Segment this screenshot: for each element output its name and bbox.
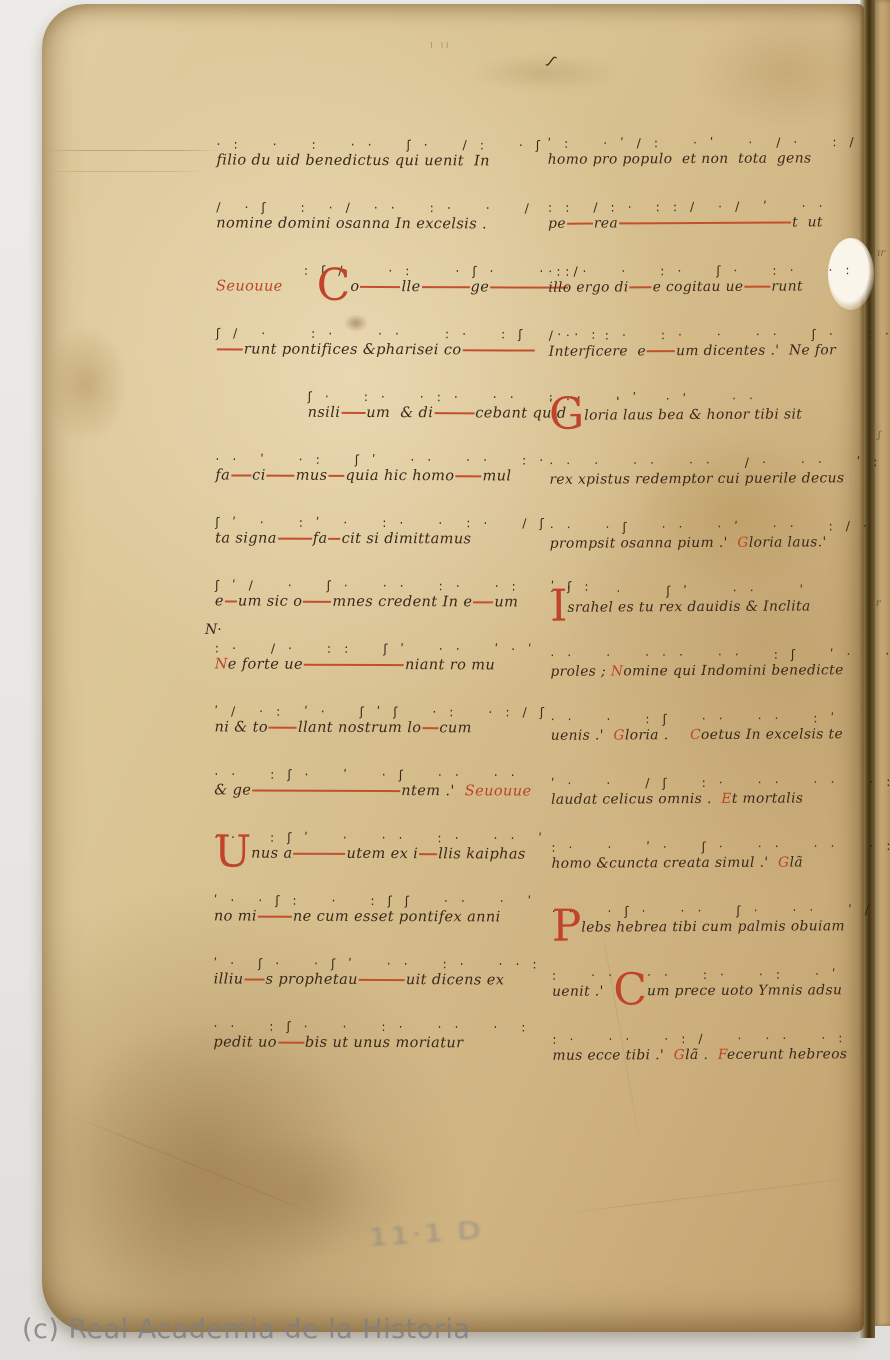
chant-text: & gentem .' Seuouue xyxy=(214,782,546,805)
chant-word: ci xyxy=(252,468,266,484)
chant-word: uenit .' xyxy=(552,983,613,999)
chant-word: loria laus.' xyxy=(749,534,827,550)
chant-line: ʃ ʹ / · ʃ · · · : · · : ʹ ʃ :eum sic omn… xyxy=(215,552,547,616)
chant-word: E xyxy=(721,791,732,807)
chant-word: um sic o xyxy=(238,594,302,610)
neume-row: · · · ʃ · · · ʃ · · · ʹ / xyxy=(552,877,852,920)
chant-word: Interficere e xyxy=(549,343,646,360)
chant-text: rex xpistus redemptor cui puerile decus xyxy=(549,470,849,494)
chant-text: illo ergo die cogitau uerunt xyxy=(548,278,848,302)
chant-word: omine qui Indomini benedicte xyxy=(623,662,843,679)
neume-row: · · : ʃ · · : · · · · : xyxy=(213,993,545,1035)
chant-line: : ʃ / · : · ʃ · · : /SeuouueCollege xyxy=(216,237,548,301)
chant-text: Ne forte ueniant ro mu xyxy=(215,656,547,679)
chant-word: cum xyxy=(439,720,471,736)
chant-text: eum sic omnes credent In eum xyxy=(215,593,547,616)
chant-text: illius prophetauuit dicens ex xyxy=(214,971,546,994)
chant-word: e cogitau ue xyxy=(653,279,744,295)
chant-text: nomine domini osanna In excelsis . xyxy=(216,215,548,238)
melisma-rule xyxy=(278,1041,304,1044)
chant-line: ʹ · · / ʃ : · · · · · · : /laudat celicu… xyxy=(551,749,851,815)
chant-text: ni & tollant nostrum locum xyxy=(214,719,546,742)
neume-row: ʹ · · ʃ : · : ʃ ʃ · · · ʹ xyxy=(214,867,546,909)
chant-line: · · : ʃ ʹ · · · : · · · ʹUnus autem ex i… xyxy=(214,804,546,868)
melisma-rule xyxy=(422,286,470,289)
chant-text: Plebs hebrea tibi cum palmis obuiam xyxy=(552,918,852,942)
chant-word: o xyxy=(350,279,359,295)
book-gutter xyxy=(860,0,875,1338)
chant-text: ta signafacit si dimittamus xyxy=(215,530,547,553)
next-folio-edge xyxy=(875,0,890,1326)
chant-word: mnes credent In e xyxy=(332,594,472,610)
chant-word: lã . xyxy=(685,1047,718,1063)
neume-row: ʹ · · / ʃ : · · · · · · : / xyxy=(551,749,851,792)
chant-word: ecerunt hebreos xyxy=(727,1046,847,1063)
folio-edge-mark: ʃ xyxy=(878,430,881,441)
chant-word: oetus In excelsis te xyxy=(701,726,843,743)
chant-word: um xyxy=(494,594,518,610)
chant-word: ntem .' xyxy=(401,783,465,799)
neume-row: · · : ʃ · ʹ · ʃ · · · · xyxy=(214,741,546,783)
chant-line: · · · · · · · · : ʃ ʹ · · ʹproles ; Nomi… xyxy=(550,621,850,687)
chant-word: pe xyxy=(548,216,566,232)
neume-row: · · ʹ · : ʃ ʹ · · · · : · xyxy=(215,426,547,468)
chant-line: : · · · · : / · · · · :mus ecce tibi .' … xyxy=(552,1005,852,1071)
neume-row: : · / · : : ʃ ʹ · · ʹ · ʹ xyxy=(215,615,547,657)
chant-line: ʹ / · : ʹ · ʃ ʹ ʃ · : · : / ʃni & tollan… xyxy=(214,678,546,742)
chant-line: · ʹ · ʃ ʹ · · ʹIsrahel es tu rex dauidis… xyxy=(550,557,850,623)
chant-word: um prece uoto Ymnis adsu xyxy=(647,982,842,999)
chant-text: filio du uid benedictus qui uenit In xyxy=(216,152,548,175)
chant-text: uenit .' Cum prece uoto Ymnis adsu xyxy=(552,982,852,1006)
melisma-rule xyxy=(455,475,481,478)
chant-word: um dicentes .' Ne for xyxy=(676,342,836,359)
chant-line: : · · · · : · · : · ʹuenit .' Cum prece … xyxy=(552,941,852,1007)
neume-row: · : · : · · ʃ · / : · ʃ xyxy=(217,111,549,153)
chant-word: homo &cuncta creata simul .' xyxy=(551,855,778,872)
chant-text: prompsit osanna pium .' Gloria laus.' xyxy=(550,534,850,558)
chant-word: ne cum esset pontifex anni xyxy=(293,909,501,926)
chant-word: G xyxy=(737,535,749,551)
manuscript-scan: { "page": { "watermark": "(c) Real Acade… xyxy=(0,0,890,1360)
chant-word: um & di xyxy=(366,405,433,421)
neume-row: · · · · · · · · : ʃ ʹ · · ʹ xyxy=(550,621,850,664)
melisma-rule xyxy=(278,537,312,540)
chant-word: nsili xyxy=(308,405,341,421)
chant-word: e forte ue xyxy=(228,656,303,672)
melisma-rule xyxy=(294,852,346,855)
marginal-letter: N· xyxy=(205,622,222,638)
chant-word: mus ecce tibi .' xyxy=(552,1047,673,1064)
chant-line: · · ʹ · : ʃ ʹ · · · · : ·facimusquia hic… xyxy=(215,426,547,490)
chant-word: runt pontifices &pharisei co xyxy=(244,342,462,359)
chant-line: · : · · : · ʃ · : · · :illo ergo die cog… xyxy=(548,237,848,303)
chant-word: ni & to xyxy=(214,719,268,735)
chant-text: no mine cum esset pontifex anni xyxy=(214,908,546,931)
chant-word: F xyxy=(718,1047,727,1063)
neume-row: · · · · ʹ · · xyxy=(549,365,849,408)
melisma-rule xyxy=(225,600,237,603)
chant-word: G xyxy=(613,727,625,743)
chant-line: / · ʃ : · / · · : · · /nomine domini osa… xyxy=(216,174,548,238)
chant-line: · · : ʃ · · : · · · · :pedit uobis ut un… xyxy=(213,993,545,1057)
chant-text: pereat ut xyxy=(548,214,848,238)
chant-line: · · · : ʃ · · · · : ʹuenis .' Gloria . C… xyxy=(551,685,851,751)
chant-word: e xyxy=(215,593,224,609)
chant-word: & ge xyxy=(214,782,251,798)
chant-word: C xyxy=(690,727,701,743)
chant-line: / · : · : · · · · ʃ · : ·Interficere eum… xyxy=(548,301,848,367)
chant-line: : : / : · : : / · / ʹ · ·pereat ut xyxy=(548,173,848,239)
neume-row: ʃ ʹ / · ʃ · · · : · · : ʹ ʃ : xyxy=(215,552,547,594)
chant-word: N xyxy=(215,656,228,672)
melisma-rule xyxy=(245,978,265,981)
chant-text: homo pro populo et non tota gens xyxy=(548,150,848,174)
neume-row: : ʃ / · : · ʃ · · : / xyxy=(216,237,548,279)
chant-word: ta signa xyxy=(215,530,277,546)
chant-word: nomine domini osanna In excelsis . xyxy=(216,215,487,232)
chant-line: · · · · ʹ · ·Gloria laus bea & honor tib… xyxy=(549,365,849,431)
chant-text: Israhel es tu rex dauidis & Inclita xyxy=(550,598,850,622)
chant-text: proles ; Nomine qui Indomini benedicte xyxy=(550,662,850,686)
chant-word: no mi xyxy=(214,908,257,924)
chant-word: uit dicens ex xyxy=(406,972,504,988)
melisma-rule xyxy=(619,221,791,224)
chant-word: G xyxy=(674,1047,686,1063)
melisma-rule xyxy=(647,350,675,353)
melisma-rule xyxy=(329,537,341,540)
melisma-rule xyxy=(304,663,404,666)
neume-row: · · · · · · · / · · · ʹ : xyxy=(549,429,849,472)
melisma-rule xyxy=(744,285,770,288)
chant-text: laudat celicus omnis . Et mortalis xyxy=(551,790,851,814)
chant-word: uenis .' xyxy=(551,727,614,743)
chant-word: rea xyxy=(594,215,618,231)
chant-word: Seuouue xyxy=(216,278,283,294)
neume-row: ʹ · ʃ · · ʃ ʹ · · : · · · : xyxy=(214,930,546,972)
neume-row: / · ʃ : · / · · : · · / xyxy=(216,174,548,216)
chant-text: mus ecce tibi .' Glã . Fecerunt hebreos xyxy=(552,1046,852,1070)
chant-word: rex xpistus redemptor cui puerile decus xyxy=(549,470,844,488)
chant-word: runt xyxy=(771,278,803,294)
melisma-rule xyxy=(359,978,405,981)
melisma-rule xyxy=(303,600,331,603)
melisma-rule xyxy=(473,601,493,604)
melisma-rule xyxy=(567,222,593,225)
chant-word: t ut xyxy=(792,214,823,230)
melisma-rule xyxy=(252,789,400,792)
neume-row: ʃ · : · · : · · · : · · ʹ xyxy=(216,363,548,405)
chant-line: ʹ · ʃ · · ʃ ʹ · · : · · · :illius prophe… xyxy=(214,930,546,994)
melisma-rule xyxy=(258,915,292,918)
chant-column-right: ʹ : · ʹ / : · ʹ · / · : /homo pro populo… xyxy=(547,109,852,1071)
chant-word: fa xyxy=(215,467,230,483)
chant-word: prompsit osanna pium .' xyxy=(550,535,738,552)
chant-word: lle xyxy=(401,279,420,295)
chant-line: · · : ʃ · ʹ · ʃ · · · ·& gentem .' Seuou… xyxy=(214,741,546,805)
chant-word: llis kaiphas xyxy=(438,846,526,862)
chant-word: lebs hebrea tibi cum palmis obuiam xyxy=(581,918,845,935)
chant-word: bis ut unus moriatur xyxy=(305,1035,464,1052)
chant-word: illiu xyxy=(214,971,244,987)
neume-row: · · · ʃ · · · ʹ · · : / · xyxy=(549,493,849,536)
chant-word: G xyxy=(778,855,790,871)
neume-row: : · · ʹ · ʃ · · · · · · : / xyxy=(551,813,851,856)
chant-word: quia hic homo xyxy=(345,468,454,484)
neume-row: ʹ / · : ʹ · ʃ ʹ ʃ · : · : / ʃ xyxy=(215,678,547,720)
chant-word: niant ro mu xyxy=(405,657,495,673)
melisma-rule xyxy=(328,474,344,477)
melisma-rule xyxy=(434,412,474,415)
faint-foliation-marks: ı ıı xyxy=(430,38,451,51)
chant-text: uenis .' Gloria . Coetus In excelsis te xyxy=(551,726,851,750)
chant-word: illo ergo di xyxy=(548,279,628,295)
melisma-rule xyxy=(361,285,401,288)
chant-word: srahel es tu rex dauidis & Inclita xyxy=(567,598,810,615)
chant-text: facimusquia hic homomul xyxy=(215,467,547,490)
chant-line: · · · · · · · / · · · ʹ :rex xpistus red… xyxy=(549,429,849,495)
neume-row: · ʹ · ʃ ʹ · · ʹ xyxy=(550,557,850,600)
melisma-rule xyxy=(269,726,297,729)
melisma-rule xyxy=(231,474,251,477)
chant-line: ʃ / · : · · · : · : ʃ · · :runt pontific… xyxy=(216,300,548,364)
chant-word: cit si dimittamus xyxy=(342,531,472,547)
chant-word: pedit uo xyxy=(213,1034,277,1050)
chant-word: llant nostrum lo xyxy=(298,720,421,736)
neume-row: / · : · : · · · · ʃ · : · xyxy=(548,301,848,344)
chant-text: homo &cuncta creata simul .' Glã xyxy=(551,854,851,878)
chant-line: : · · ʹ · ʃ · · · · · · : /homo &cuncta … xyxy=(551,813,851,879)
chant-word: fa xyxy=(313,531,328,547)
chant-word: laudat celicus omnis . xyxy=(551,791,721,808)
chant-text: Interficere eum dicentes .' Ne for xyxy=(549,342,849,366)
neume-row: : : / : · : : / · / ʹ · · xyxy=(548,173,848,216)
chant-word: s prophetau xyxy=(265,972,357,988)
neume-row: ʹ : · ʹ / : · ʹ · / · : / xyxy=(547,109,847,152)
chant-line: ʹ · · ʃ : · : ʃ ʃ · · · ʹno mine cum ess… xyxy=(214,867,546,931)
melisma-rule xyxy=(630,286,652,289)
folio-edge-mark: r xyxy=(876,598,881,609)
chant-line: · : · : · · ʃ · / : · ʃfilio du uid bene… xyxy=(216,111,548,175)
folio-edge-mark: ır xyxy=(877,248,885,259)
melisma-rule xyxy=(341,411,365,414)
neume-row: · : · · : · ʃ · : · · : xyxy=(548,237,848,280)
chant-word: N xyxy=(611,663,624,679)
chant-word: mus xyxy=(296,468,328,484)
chant-line: · · · ʃ · · · ʃ · · · ʹ /Plebs hebrea ti… xyxy=(552,877,852,943)
chant-line: · · · ʃ · · · ʹ · · : / ·prompsit osanna… xyxy=(549,493,849,559)
copyright-watermark: (c) Real Academia de la Historia xyxy=(22,1314,470,1345)
melisma-rule xyxy=(463,349,535,352)
neume-row: · · · : ʃ · · · · : ʹ xyxy=(551,685,851,728)
neume-row: : · · · · : · · : · ʹ xyxy=(552,941,852,984)
chant-text: Gloria laus bea & honor tibi sit xyxy=(549,406,849,430)
chant-text: SeuouueCollege xyxy=(216,278,548,301)
chant-word: loria laus bea & honor tibi sit xyxy=(584,406,802,423)
neume-row: ʃ / · : · · · : · : ʃ · · : xyxy=(216,300,548,342)
chant-word: ge xyxy=(471,279,490,295)
chant-text: pedit uobis ut unus moriatur xyxy=(213,1034,545,1057)
chant-line: ʃ · : · · : · · · : · · ʹnsilium & diceb… xyxy=(216,363,548,427)
neume-row: : · · · · : / · · · · : xyxy=(552,1005,852,1048)
neume-row: · · : ʃ ʹ · · · : · · · ʹ xyxy=(214,804,546,846)
chant-line: ʹ : · ʹ / : · ʹ · / · : /homo pro populo… xyxy=(547,109,847,175)
melisma-rule xyxy=(267,474,295,477)
chant-word: Seuouue xyxy=(465,783,532,799)
chant-word: lã xyxy=(790,854,804,870)
chant-text: runt pontifices &pharisei co xyxy=(216,341,548,364)
chant-word: homo pro populo et non tota gens xyxy=(548,150,812,167)
melisma-rule xyxy=(217,348,243,351)
chant-column-left: · : · : · · ʃ · / : · ʃfilio du uid bene… xyxy=(213,111,548,1057)
melisma-rule xyxy=(419,853,437,856)
chant-word: proles ; xyxy=(550,663,611,679)
chant-text: nsilium & dicebant quid xyxy=(216,404,548,427)
chant-word: t mortalis xyxy=(732,790,804,806)
chant-word: loria . xyxy=(625,727,678,743)
chant-word: filio du uid benedictus qui uenit In xyxy=(216,152,489,169)
chant-word: utem ex i xyxy=(347,846,419,862)
melisma-rule xyxy=(422,727,438,730)
chant-line: ʃ ʹ · : ʹ · : · · : · / ʃta signafacit s… xyxy=(215,489,547,553)
chant-word: nus a xyxy=(251,846,292,862)
chant-text: Unus autem ex illis kaiphas xyxy=(214,845,546,868)
chant-word: mul xyxy=(482,468,511,484)
neume-row: ʃ ʹ · : ʹ · : · · : · / ʃ xyxy=(215,489,547,531)
chant-line: : · / · : : ʃ ʹ · · ʹ · ʹNe forte uenian… xyxy=(215,615,547,679)
